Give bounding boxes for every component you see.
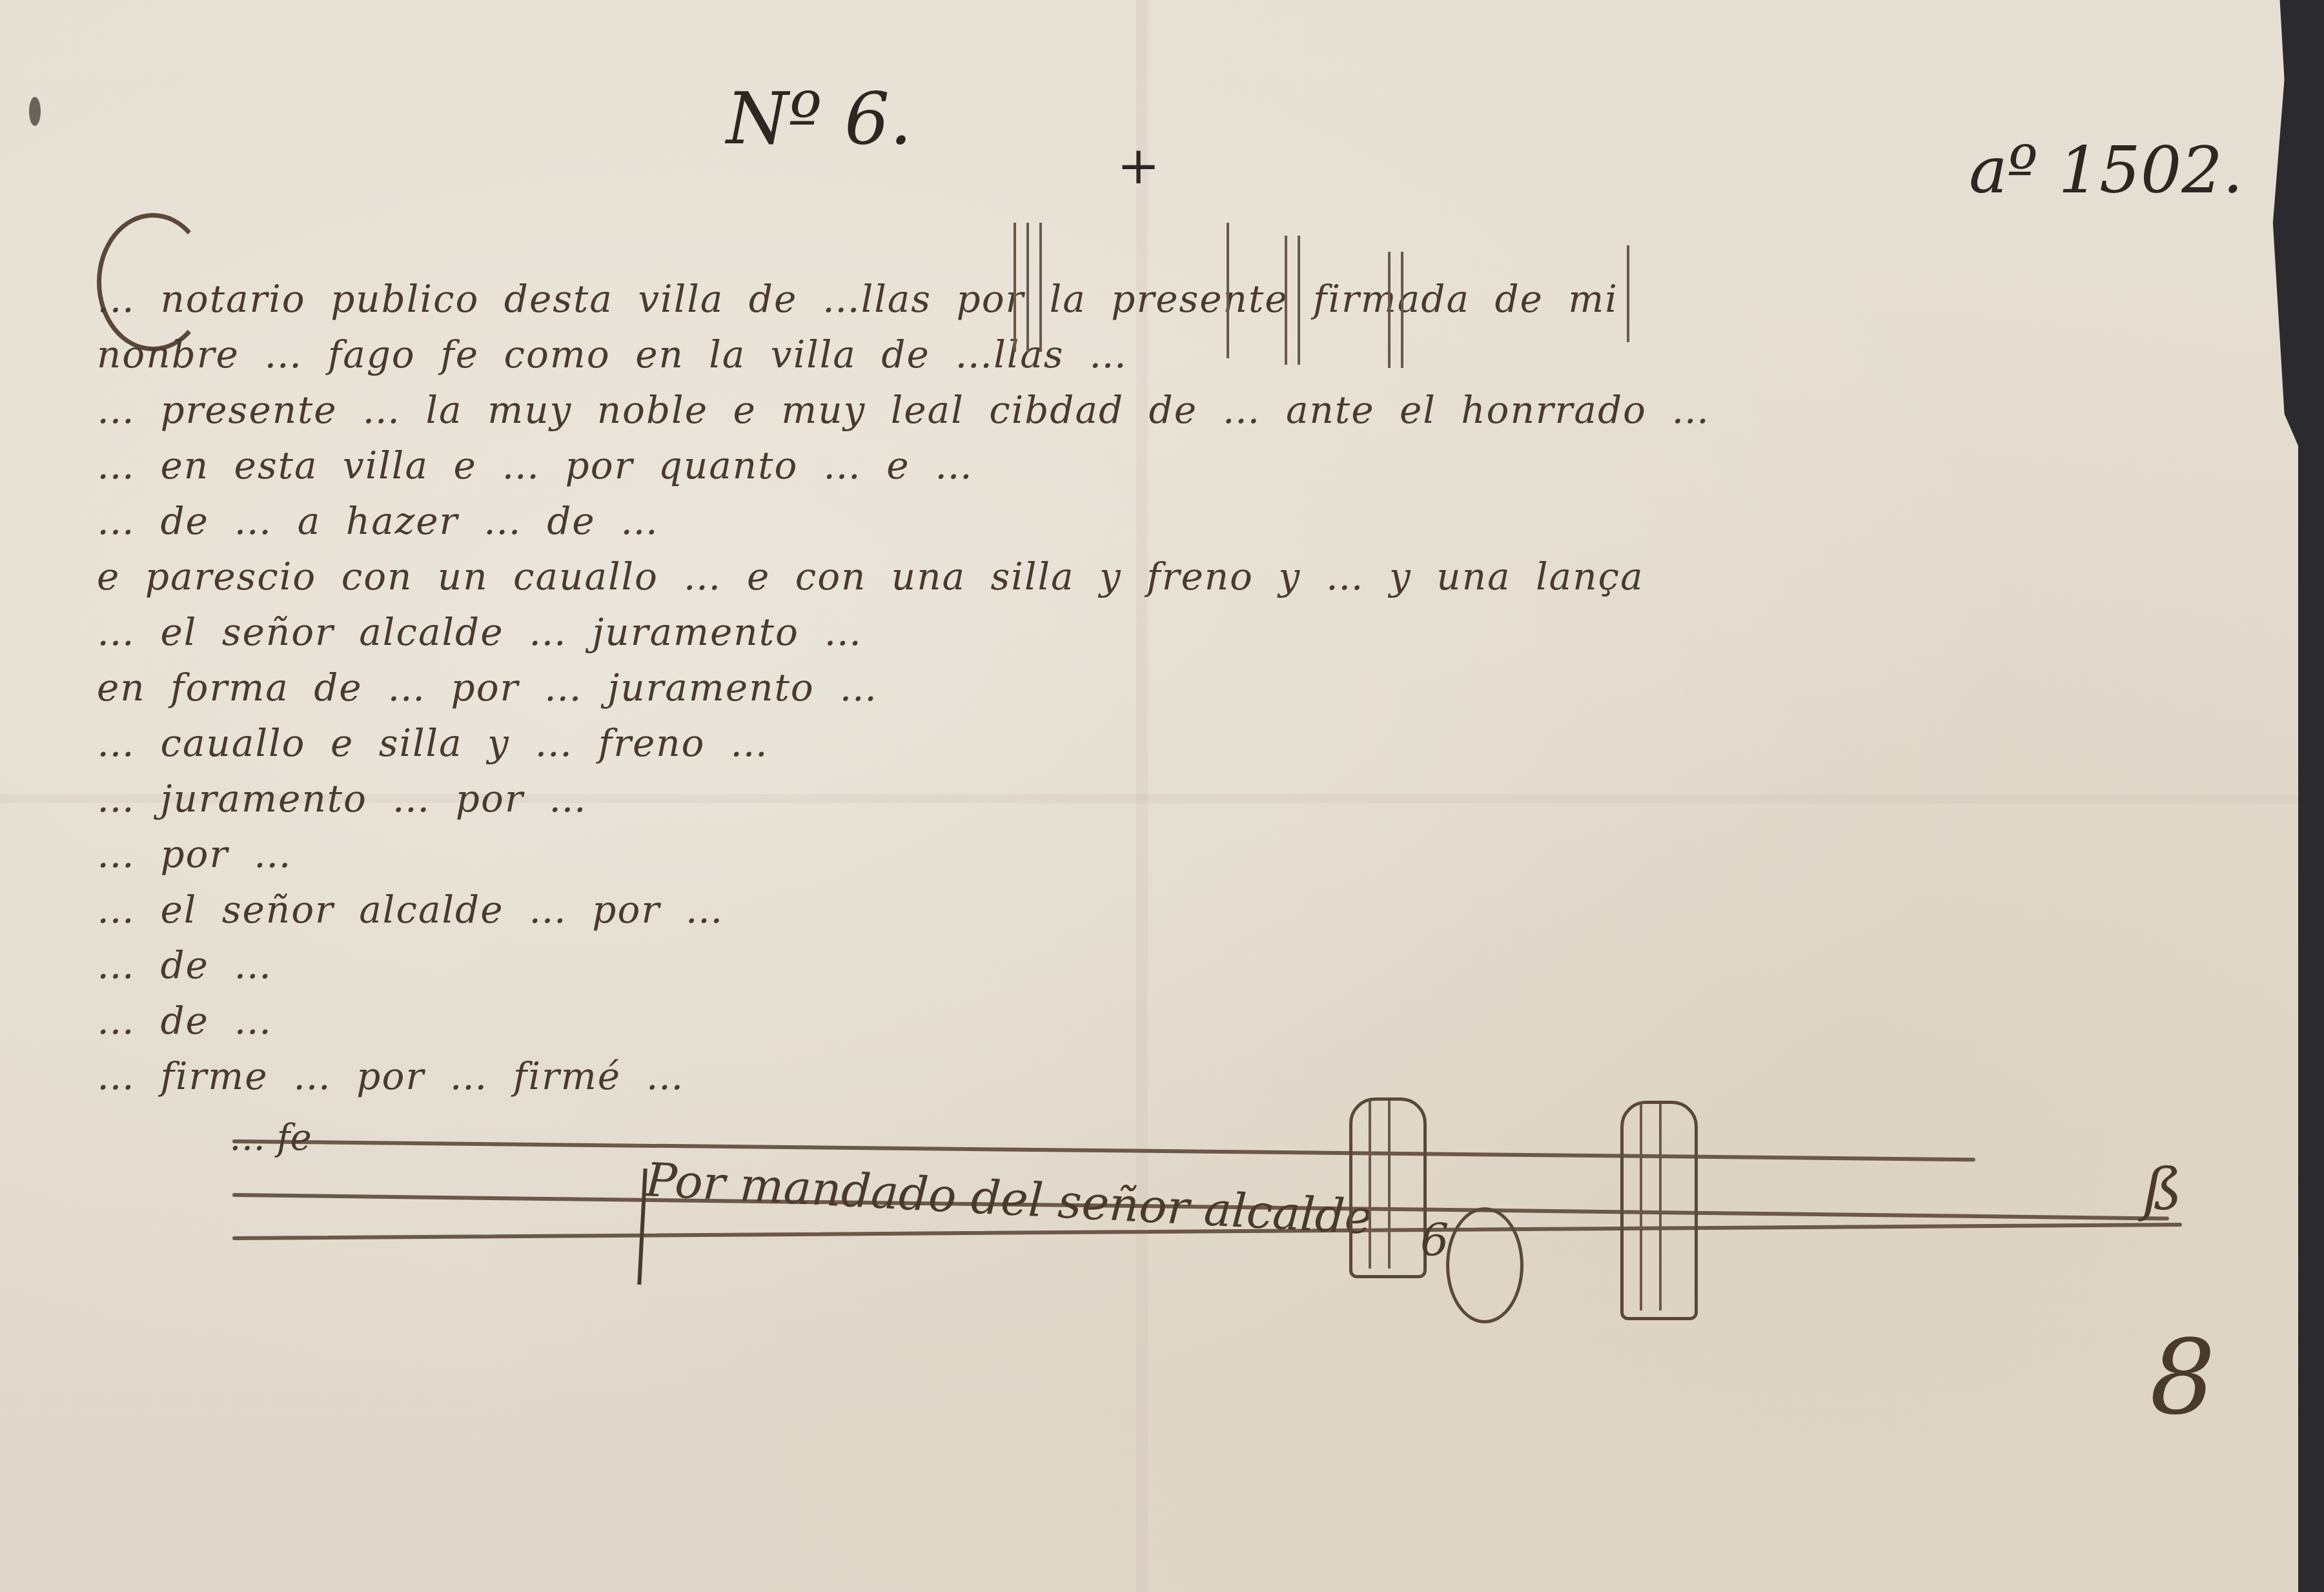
year-label: aº 1502. — [1969, 132, 2243, 208]
body-line: … firme … por … firmé … — [97, 1048, 2227, 1104]
body-line: en forma de … por … juramento … — [97, 660, 2227, 715]
margin-flourish: ß — [2143, 1156, 2182, 1223]
ascender-flourish — [1039, 223, 1042, 352]
closing-rule — [232, 1139, 1975, 1161]
ascender-flourish — [1014, 223, 1016, 352]
notarial-sign-line — [1659, 1104, 1662, 1311]
notary-closing-text: … fe — [229, 1117, 312, 1159]
body-line: … de … — [97, 993, 2227, 1048]
ascender-flourish — [1026, 223, 1029, 352]
notarial-mark-text: 6 — [1420, 1214, 1449, 1267]
notarial-sign-line — [1369, 1101, 1371, 1269]
body-line: … presente … la muy noble e muy leal cib… — [97, 382, 2227, 438]
body-line: nonbre … fago fe como en la villa de …ll… — [97, 327, 2227, 382]
ascender-flourish — [1298, 236, 1300, 365]
document-number: Nº 6. — [726, 77, 912, 160]
body-line: … juramento … por … — [97, 771, 2227, 826]
body-line: … el señor alcalde … por … — [97, 882, 2227, 937]
ascender-flourish — [1627, 245, 1629, 342]
cross-mark: + — [1117, 136, 1160, 196]
body-line: e parescio con un cauallo … e con una si… — [97, 549, 2227, 604]
body-line: … de … a hazer … de … — [97, 493, 2227, 549]
ink-stain — [29, 97, 41, 126]
body-line: … notario publico desta villa de …llas p… — [97, 271, 2227, 327]
margin-flourish-bottom: 8 — [2150, 1317, 2216, 1438]
body-line: … el señor alcalde … juramento … — [97, 604, 2227, 660]
body-line: … en esta villa e … por quanto … e … — [97, 438, 2227, 493]
ascender-flourish — [1285, 236, 1287, 365]
body-line: … de … — [97, 937, 2227, 993]
notarial-sign-oval — [1446, 1207, 1524, 1323]
manuscript-sheet: Nº 6. + aº 1502. … notario publico desta… — [0, 0, 2298, 1592]
body-line: … cauallo e silla y … freno … — [97, 715, 2227, 771]
notarial-sign-line — [1388, 1101, 1391, 1269]
body-line: … por … — [97, 826, 2227, 882]
ascender-flourish — [1388, 252, 1391, 368]
manuscript-body: … notario publico desta villa de …llas p… — [97, 271, 2227, 1104]
notarial-sign-line — [1640, 1104, 1642, 1311]
ascender-flourish — [1227, 223, 1229, 358]
ascender-flourish — [1401, 252, 1403, 368]
